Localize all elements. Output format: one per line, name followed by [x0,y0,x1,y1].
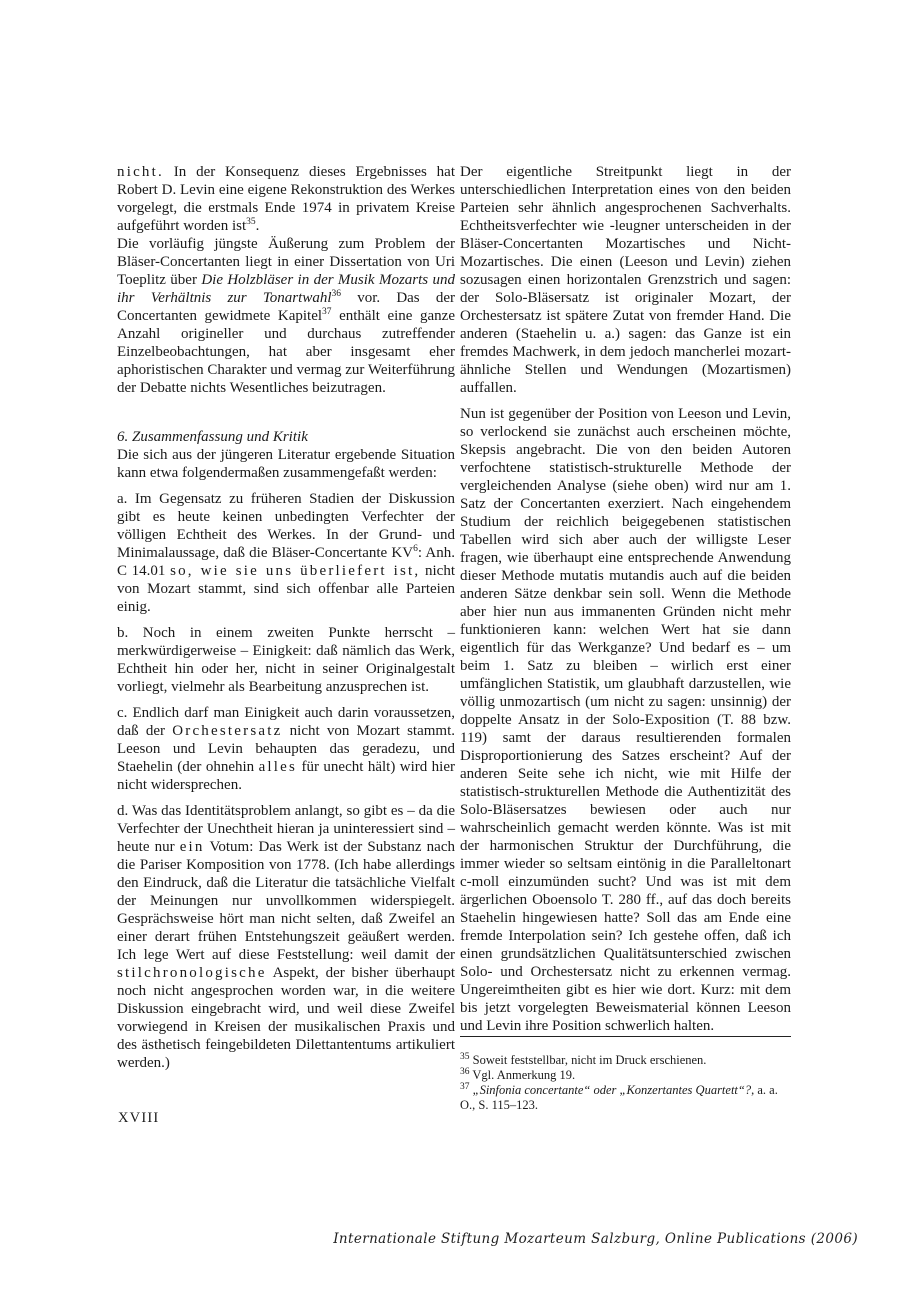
text-run: „Sinfonia concertante“ oder „Konzertante… [473,1083,751,1097]
paragraph: a. Im Gegensatz zu früheren Stadien der … [117,490,455,616]
paragraph: c. Endlich darf man Einigkeit auch darin… [117,704,455,794]
footer-credit: Internationale Stiftung Mozarteum Salzbu… [333,1231,858,1247]
footnote-ref: 35 [460,1052,470,1062]
footnote-ref: 36 [460,1067,470,1077]
footnote: 36 Vgl. Anmerkung 19. [460,1068,791,1083]
text-run: Votum: Das Werk ist der Substanz nach di… [117,839,455,963]
paragraph: d. Was das Identitätsproblem anlangt, so… [117,802,455,1072]
text-run: stilchronologische [117,965,267,981]
text-run: . [256,218,260,234]
document-page: nicht. In der Konsequenz dieses Ergebnis… [0,0,900,1299]
text-run: nicht. [117,164,164,180]
footnote-ref: 37 [322,307,332,317]
text-run: Nun ist gegenüber der Position von Leeso… [460,406,791,1034]
text-run: a. Im Gegensatz zu früheren Stadien der … [117,491,455,561]
paragraph: Die sich aus der jüngeren Literatur erge… [117,446,455,482]
footnote-rule [460,1036,791,1037]
text-run: alles [259,759,298,775]
text-run: 6. Zusammenfassung und Kritik [117,429,308,445]
paragraph: Der eigentliche Streitpunkt liegt in der… [460,163,791,397]
text-run: Der eigentliche Streitpunkt liegt in der… [460,164,791,396]
text-run: Vgl. Anmerkung 19. [470,1068,576,1082]
page-number: XVIII [118,1110,159,1127]
text-run: so, wie sie uns überliefert ist, [170,563,420,579]
text-run: Soweit feststellbar, nicht im Druck ersc… [470,1053,707,1067]
footnote-ref: 37 [460,1082,470,1092]
paragraph: b. Noch in einem zweiten Punkte herrscht… [117,624,455,696]
paragraph: Die vorläufig jüngste Äußerung zum Probl… [117,235,455,397]
paragraph: Nun ist gegenüber der Position von Leeso… [460,405,791,1035]
footnote-ref: 35 [246,217,256,227]
paragraph: nicht. In der Konsequenz dieses Ergebnis… [117,163,455,235]
text-run: ein [180,839,205,855]
text-run: Die sich aus der jüngeren Literatur erge… [117,447,455,481]
text-run: In der Konsequenz dieses Ergebnisses hat… [117,164,455,234]
text-run: b. Noch in einem zweiten Punkte herrscht… [117,625,455,695]
scanned-document-page: { "page": { "background_color": "#ffffff… [0,0,900,1299]
section-heading: 6. Zusammenfassung und Kritik [117,428,455,446]
footnote: 35 Soweit feststellbar, nicht im Druck e… [460,1053,791,1068]
text-run: Orchestersatz [172,723,282,739]
footnote: 37 „Sinfonia concertante“ oder „Konzerta… [460,1083,791,1113]
left-column: nicht. In der Konsequenz dieses Ergebnis… [117,163,455,1072]
right-column: Der eigentliche Streitpunkt liegt in der… [460,163,791,1113]
footnote-ref: 36 [332,289,342,299]
